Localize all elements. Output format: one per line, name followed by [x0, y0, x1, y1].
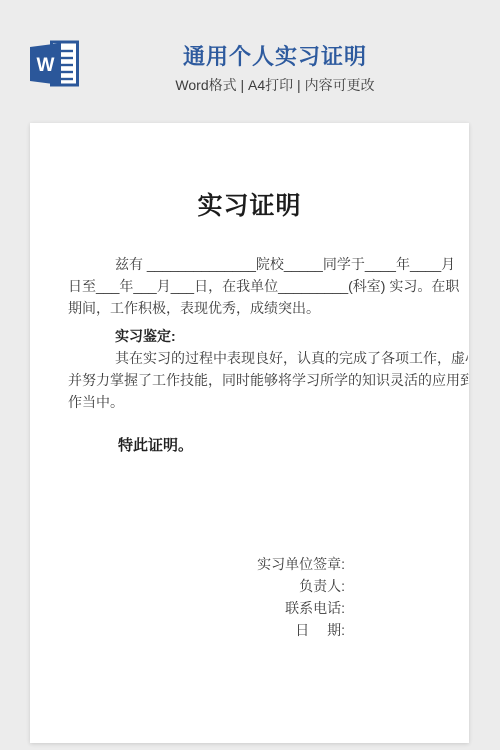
intro-line: 日至___年___月___日，在我单位_________(科室) 实习。在职: [68, 275, 435, 297]
closing-statement: 特此证明。: [68, 435, 435, 457]
page-title: 通用个人实习证明: [80, 44, 470, 70]
intro-line: 兹有 ______________院校_____同学于____年____月: [68, 253, 435, 275]
document-preview: 实习证明 兹有 ______________院校_____同学于____年___…: [30, 123, 469, 743]
signature-line-date: 日 期:: [68, 619, 345, 641]
signature-line-unit-seal: 实习单位签章:: [68, 553, 345, 575]
signature-line-phone: 联系电话:: [68, 597, 345, 619]
page-subtitle: Word格式 | A4打印 | 内容可更改: [80, 77, 470, 94]
appraisal-line: 其在实习的过程中表现良好，认真的完成了各项工作，虚心请教: [68, 347, 435, 369]
appraisal-heading: 实习鉴定:: [68, 325, 435, 347]
header: 通用个人实习证明 Word格式 | A4打印 | 内容可更改: [80, 44, 470, 94]
intro-line: 期间，工作积极，表现优秀，成绩突出。: [68, 297, 435, 319]
appraisal-line: 并努力掌握了工作技能，同时能够将学习所学的知识灵活的应用到工: [68, 369, 435, 391]
word-icon-graphic: W: [30, 40, 80, 88]
signature-block: 实习单位签章: 负责人: 联系电话: 日 期:: [68, 553, 435, 641]
svg-text:W: W: [37, 55, 55, 76]
appraisal-line: 作当中。: [68, 391, 435, 413]
word-icon: W: [30, 40, 80, 88]
doc-title: 实习证明: [30, 191, 469, 221]
signature-line-responsible: 负责人:: [68, 575, 345, 597]
doc-body: 兹有 ______________院校_____同学于____年____月 日至…: [68, 253, 435, 641]
